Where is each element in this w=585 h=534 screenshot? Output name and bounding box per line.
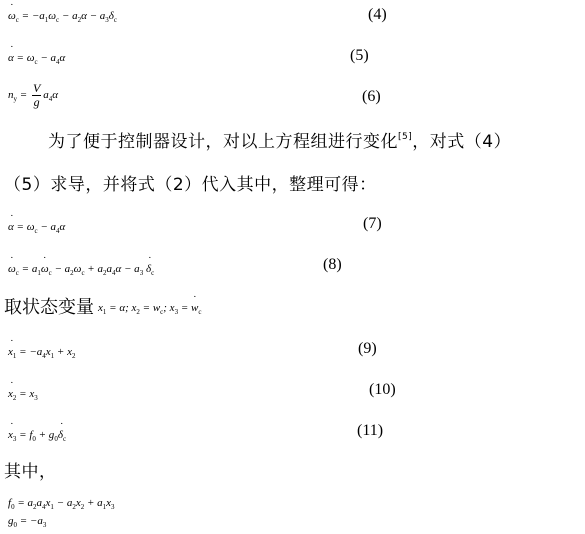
g0-definition: g0 = −a3 bbox=[8, 514, 46, 528]
equation-5: α = ωc − a4α bbox=[8, 51, 65, 65]
paragraph-text-1: 为了便于控制器设计，对以上方程组进行变化 bbox=[48, 132, 398, 152]
equation-number-6: (6) bbox=[362, 88, 381, 106]
fraction-v-over-g: Vg bbox=[32, 82, 41, 109]
equation-8: ωc = a1ωc − a2ωc + a2a4α − a3 δc bbox=[8, 262, 154, 276]
equation-number-9: (9) bbox=[358, 340, 377, 358]
citation-5[interactable]: [5] bbox=[398, 132, 412, 142]
state-variable-definition: 取状态变量x1 = α; x2 = wc; x3 = wc bbox=[4, 301, 201, 315]
equation-10: x2 = x3 bbox=[8, 387, 38, 401]
where-label: 其中， bbox=[4, 462, 57, 482]
equation-number-5: (5) bbox=[350, 47, 369, 65]
equation-6: ny = Vga4α bbox=[8, 82, 58, 109]
paragraph-line-2: （5）求导，并将式（2）代入其中，整理可得： bbox=[4, 175, 377, 195]
equation-number-10: (10) bbox=[369, 381, 396, 399]
equation-7: α = ωc − a4α bbox=[8, 220, 65, 234]
equation-number-11: (11) bbox=[357, 422, 383, 440]
equation-number-7: (7) bbox=[363, 215, 382, 233]
equation-4: ωc = −a1ωc − a2α − a3δc bbox=[8, 9, 117, 23]
paragraph-text-1-tail: ，对式（4） bbox=[412, 132, 511, 152]
equation-number-8: (8) bbox=[323, 256, 342, 274]
equation-number-4: (4) bbox=[368, 6, 387, 24]
state-variable-label: 取状态变量 bbox=[4, 297, 94, 318]
paragraph-line-1: 为了便于控制器设计，对以上方程组进行变化[5]，对式（4） bbox=[48, 132, 511, 152]
equation-9: x1 = −a4x1 + x2 bbox=[8, 345, 75, 359]
f0-definition: f0 = a2a4x1 − a2x2 + a1x3 bbox=[8, 496, 115, 510]
equation-11: x3 = f0 + g0δc bbox=[8, 428, 66, 442]
